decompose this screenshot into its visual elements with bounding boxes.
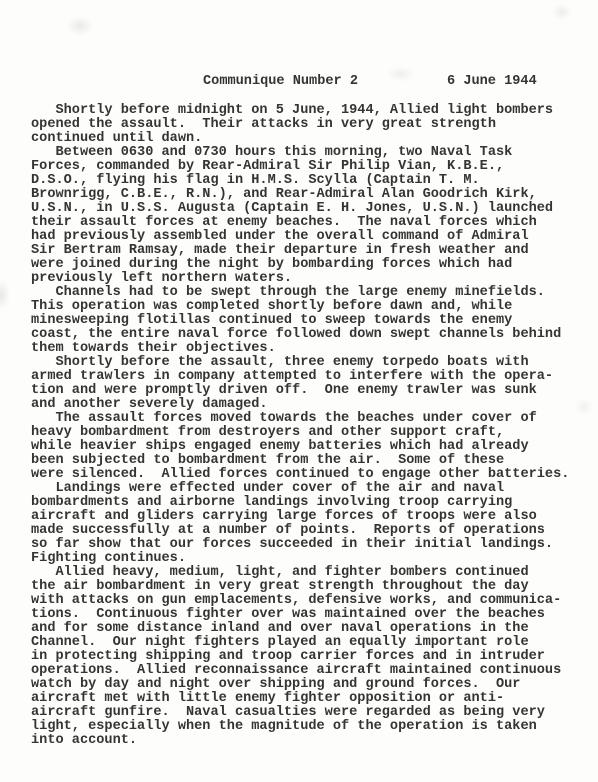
communique-title: Communique Number 2	[203, 75, 358, 89]
communique-date: 6 June 1944	[447, 75, 537, 89]
scan-smudge	[66, 16, 94, 36]
scan-smudge	[574, 398, 594, 416]
communique-document-page: Communique Number 2 6 June 1944 Shortly …	[0, 0, 598, 782]
scan-smudge	[0, 280, 10, 310]
document-header: Communique Number 2 6 June 1944	[0, 75, 598, 91]
communique-body-text: Shortly before midnight on 5 June, 1944,…	[31, 104, 569, 748]
scan-smudge	[552, 4, 572, 20]
